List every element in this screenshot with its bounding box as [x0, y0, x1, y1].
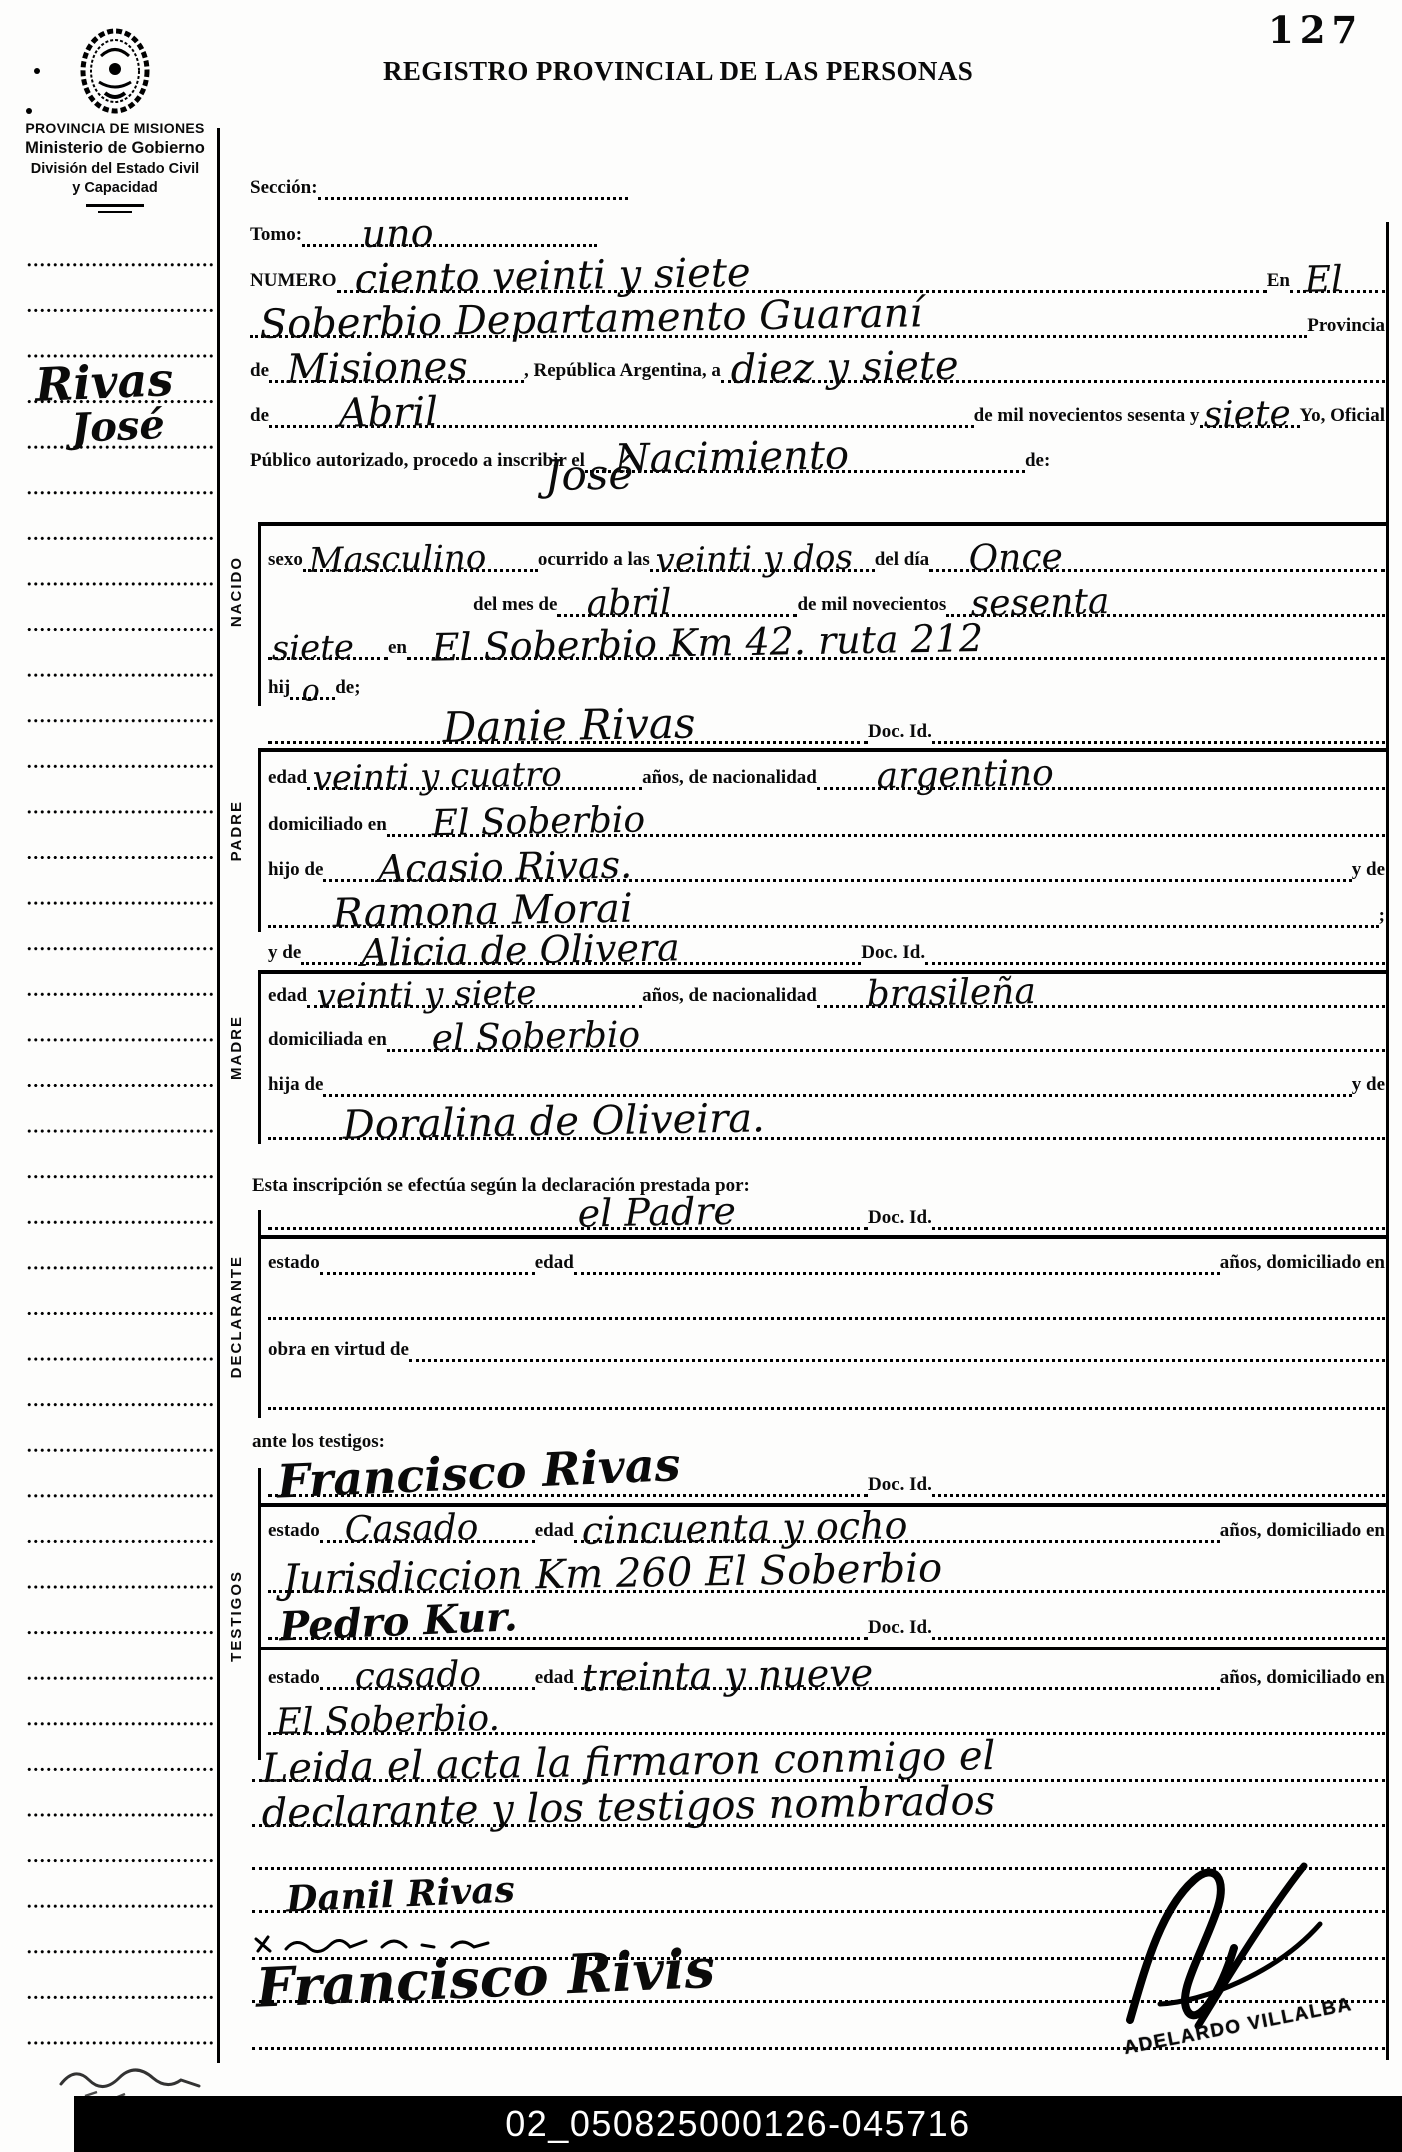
field-acto: Público autorizado, procedo a inscribir … — [250, 431, 1385, 473]
estado-label: estado — [268, 1253, 320, 1275]
edad-label: edad — [268, 986, 307, 1008]
padre-bracket — [258, 748, 261, 932]
estado-label: estado — [268, 1668, 320, 1690]
field-abuela-materna: Doralina de Oliveira. — [268, 1098, 1385, 1140]
nacido-section-label: NACIDO — [228, 556, 245, 627]
ink-speck — [34, 68, 40, 74]
margin-ruled-lines — [26, 224, 214, 2066]
letterhead-province: PROVINCIA DE MISIONES — [12, 120, 218, 136]
field-testigo2-estado: estado casado edad treinta y nueve años,… — [268, 1648, 1385, 1690]
domiciliada-label: domiciliada en — [268, 1030, 387, 1052]
field-padre-edad: edad veinti y cuatro años, de nacionalid… — [268, 748, 1385, 790]
field-lugar-departamento: Soberbio Departamento Guaraní Provincia — [250, 296, 1385, 338]
de-label: de — [250, 361, 269, 383]
fecha-mes-value: Abril — [268, 395, 438, 432]
field-testigo2-nombre: Pedro Kur. Doc. Id. — [268, 1598, 1385, 1640]
testigos-bracket — [258, 1468, 261, 1760]
de-colon-label: de: — [1025, 451, 1050, 473]
padre-edad-value: veinti y cuatro — [307, 761, 563, 794]
scan-code: 02_050825000126-045716 — [505, 2103, 970, 2145]
testigo1-nombre-value: Francisco Rivas — [266, 1445, 681, 1502]
field-declarante-estado: estado edad años, domiciliado en — [268, 1233, 1385, 1275]
publico-label: Público autorizado, procedo a inscribir … — [250, 451, 585, 473]
testigo2-estado-value: casado — [319, 1661, 481, 1694]
testigos-section-label: TESTIGOS — [228, 1570, 245, 1662]
provincia-label: Provincia — [1307, 316, 1385, 338]
field-testigo1-estado: estado Casado edad cincuenta y ocho años… — [268, 1501, 1385, 1543]
margin-smudge — [55, 2052, 225, 2102]
field-lugar-nacimiento: siete en El Soberbio Km 42. ruta 212 — [268, 618, 1385, 660]
section-divider — [258, 522, 1388, 526]
field-blank-line — [268, 1368, 1385, 1410]
anos-domiciliado-label: años, domiciliado en — [1220, 1668, 1385, 1690]
en-label: en — [388, 638, 407, 660]
field-testigo1-nombre: Francisco Rivas Doc. Id. — [268, 1450, 1385, 1497]
firma-declarante: Danil Rivas — [251, 1875, 516, 1917]
sexo-value: Masculino — [302, 544, 486, 576]
testigo2-edad-value: treinta y nueve — [573, 1656, 873, 1694]
estado-label: estado — [268, 1521, 320, 1543]
field-seccion: Sección: — [250, 158, 1385, 200]
misiones-seal-icon — [75, 26, 155, 116]
birth-certificate-page: 127 REGISTRO PROVINCIAL DE LAS PERSONAS … — [0, 0, 1402, 2152]
testigo2-nombre-value: Pedro Kur. — [267, 1600, 519, 1645]
page-number: 127 — [1268, 8, 1363, 52]
sexo-label: sexo — [268, 550, 303, 572]
padre-nombre-value: Danie Rivas — [267, 706, 695, 749]
field-padre-domicilio: domiciliado en El Soberbio — [268, 795, 1385, 837]
edad-label: edad — [268, 768, 307, 790]
nacido-bracket — [258, 522, 261, 706]
provincia-value: Misiones — [268, 350, 468, 387]
document-title: REGISTRO PROVINCIAL DE LAS PERSONAS — [383, 56, 973, 87]
de-pc-label: de; — [335, 678, 360, 700]
nacionalidad-label: años, de nacionalidad — [642, 986, 817, 1008]
doc-id-label: Doc. Id. — [868, 1208, 932, 1230]
testigo1-domicilio-value: Jurisdiccion Km 260 El Soberbio — [267, 1551, 942, 1597]
del-mes-label: del mes de — [473, 595, 557, 617]
letterhead-division-1: División del Estado Civil — [12, 161, 218, 177]
madre-bracket — [258, 970, 261, 1144]
anos-domiciliado-label: años, domiciliado en — [1220, 1253, 1385, 1275]
padre-nacionalidad-value: argentino — [816, 759, 1054, 794]
tomo-label: Tomo: — [250, 225, 302, 247]
testigo1-edad-value: cincuenta y ocho — [573, 1509, 907, 1547]
republica-label: , República Argentina, a — [524, 361, 721, 383]
del-dia-label: del día — [875, 550, 929, 572]
letterhead-divider — [86, 204, 144, 207]
fecha-dia-value: diez y siete — [720, 349, 958, 387]
field-abuelo-materno: hija de y de — [268, 1055, 1385, 1097]
firma-testigo: Francisco Rivis — [250, 1946, 716, 2012]
scan-code-bar: 02_050825000126-045716 — [74, 2096, 1402, 2152]
y-de-label: y de — [1352, 860, 1385, 882]
mil-novecientos-label: de mil novecientos — [797, 595, 946, 617]
anos-domiciliado-label: años, domiciliado en — [1220, 1521, 1385, 1543]
field-testigo1-domicilio: Jurisdiccion Km 260 El Soberbio — [268, 1548, 1385, 1593]
padre-domicilio-value: El Soberbio — [386, 806, 645, 841]
declarante-section-label: DECLARANTE — [228, 1255, 245, 1378]
field-provincia: de Misiones , República Argentina, a die… — [250, 341, 1385, 383]
field-declarante-blank — [268, 1278, 1385, 1320]
hija-de-label: hija de — [268, 1075, 323, 1097]
doc-id-label: Doc. Id. — [868, 722, 932, 744]
yo-oficial-label: Yo, Oficial — [1300, 406, 1386, 428]
left-rule — [217, 128, 220, 2063]
letterhead-divider-2 — [98, 211, 132, 213]
mil-novecientos-label: de mil novecientos sesenta y — [974, 406, 1200, 428]
testigo1-estado-value: Casado — [319, 1514, 478, 1547]
ink-speck — [26, 108, 32, 114]
madre-domicilio-value: el Soberbio — [386, 1021, 640, 1056]
domiciliado-label: domiciliado en — [268, 815, 387, 837]
right-rule — [1386, 222, 1389, 2060]
field-sexo-hora-dia: sexo Masculino ocurrido a las veinti y d… — [268, 530, 1385, 572]
cierre-linea1: Leida el acta la firmaron conmigo el — [252, 1740, 1385, 1782]
hijo-de-label: hijo de — [268, 860, 323, 882]
margin-surname: Rivas — [34, 360, 174, 405]
field-madre-domicilio: domiciliada en el Soberbio — [268, 1010, 1385, 1052]
field-abuelo-paterno: hijo de Acasio Rivas. y de — [268, 840, 1385, 882]
letterhead: PROVINCIA DE MISIONES Ministerio de Gobi… — [12, 26, 218, 213]
numero-value: ciento veinti y siete — [336, 256, 750, 297]
seccion-blank — [318, 155, 628, 200]
field-testigo2-domicilio: El Soberbio. — [268, 1693, 1385, 1735]
abuela-materna-value: Doralina de Oliveira. — [267, 1101, 765, 1144]
lugar-nacimiento-value: El Soberbio Km 42. ruta 212 — [406, 622, 983, 664]
field-mes-anio: del mes de abril de mil novecientos sese… — [268, 575, 1385, 617]
inscripto-nombre: José — [544, 456, 633, 493]
doc-id-label: Doc. Id. — [861, 943, 925, 965]
field-hijo-de: hij o de; — [268, 660, 668, 700]
obra-label: obra en virtud de — [268, 1340, 409, 1362]
letterhead-ministry: Ministerio de Gobierno — [12, 139, 218, 158]
field-tomo: Tomo: uno — [250, 205, 1385, 247]
lugar-departamento-value: Soberbio Departamento Guaraní — [249, 296, 922, 342]
edad-label: edad — [535, 1253, 574, 1275]
declarante-bracket — [258, 1210, 261, 1418]
testigo2-domicilio-value: El Soberbio. — [267, 1704, 500, 1739]
tomo-value: uno — [302, 216, 434, 251]
doc-id-label: Doc. Id. — [868, 1475, 932, 1497]
field-madre-edad: edad veinti y siete años, de nacionalida… — [268, 966, 1385, 1008]
cierre-linea2-value: declarante y los testigos nombrados — [251, 1784, 995, 1831]
padre-section-label: PADRE — [228, 800, 245, 861]
letterhead-division-2: y Capacidad — [12, 180, 218, 196]
seccion-label: Sección: — [250, 178, 318, 200]
field-padre-nombre: Danie Rivas Doc. Id. — [268, 702, 1385, 744]
madre-section-label: MADRE — [228, 1015, 245, 1080]
numero-label: NUMERO — [250, 271, 337, 293]
y-de-label: y de — [1352, 1075, 1385, 1097]
field-numero: NUMERO ciento veinti y siete En El — [250, 251, 1385, 293]
hij-label: hij — [268, 678, 290, 700]
doc-id-label: Doc. Id. — [868, 1618, 932, 1640]
nacionalidad-label: años, de nacionalidad — [642, 768, 817, 790]
edad-label: edad — [535, 1521, 574, 1543]
declarante-nombre-value: el Padre — [267, 1195, 736, 1235]
margin-given-name: José — [71, 408, 166, 446]
en-label: En — [1267, 271, 1290, 293]
field-fecha: de Abril de mil novecientos sesenta y si… — [250, 386, 1385, 428]
ocurrido-label: ocurrido a las — [538, 550, 650, 572]
fecha-anio-value: siete — [1199, 400, 1291, 432]
edad-label: edad — [535, 1668, 574, 1690]
de-label: de — [250, 406, 269, 428]
abuelo-paterno-value: Acasio Rivas. — [323, 848, 633, 886]
y-de-label: y de — [268, 943, 301, 965]
field-madre-nombre: y de Alicia de Olivera Doc. Id. — [268, 923, 1385, 965]
cierre-linea2: declarante y los testigos nombrados — [252, 1785, 1385, 1827]
field-declarante-nombre: el Padre Doc. Id. — [268, 1188, 1385, 1230]
field-obra: obra en virtud de — [268, 1320, 1385, 1362]
